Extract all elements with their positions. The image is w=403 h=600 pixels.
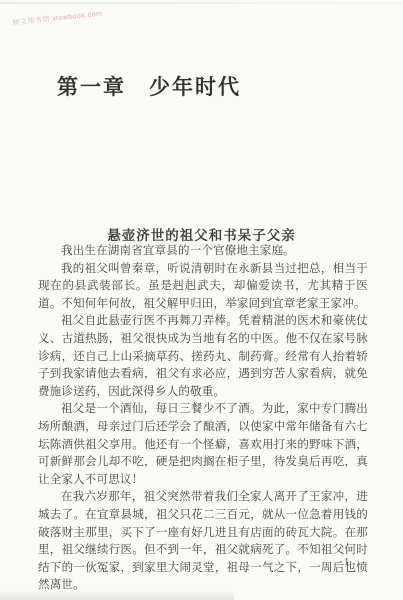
- chapter-title: 第一章 少年时代: [57, 71, 241, 101]
- page-number: 1: [344, 557, 349, 568]
- paragraph: 祖父自此悬壶行医不再舞刀弄棒。凭着精湛的医术和豪侠仗义、古道热肠，祖父很快成为当…: [38, 313, 368, 401]
- watermark-text: 树文图书馆 xtswbook.com: [12, 9, 103, 28]
- scan-edge-top: [0, 2, 403, 4]
- paragraph: 在我六岁那年，祖父突然带着我们全家人离开了王家冲，进城去了。在宜章县城，祖父只花…: [38, 489, 368, 595]
- book-page: 树文图书馆 xtswbook.com 第一章 少年时代 悬壶济世的祖父和书呆子父…: [0, 0, 403, 600]
- paragraph: 祖父是一个酒仙，每日三餐少不了酒。为此，家中专门腾出场所酿酒，母亲过门后还学会了…: [38, 401, 368, 489]
- section-heading: 悬壶济世的祖父和书呆子父亲: [0, 224, 403, 244]
- scan-shadow-bottom: [0, 590, 234, 600]
- paragraph: 我出生在湖南省宜章县的一个官僚地主家庭。: [38, 243, 368, 261]
- body-text: 我出生在湖南省宜章县的一个官僚地主家庭。 我的祖父叫曾秦章，听说清朝时在永新县当…: [38, 243, 368, 595]
- paragraph: 我的祖父叫曾秦章，听说清朝时在永新县当过把总，相当于现在的县武装部长。虽是赳赳武…: [38, 261, 368, 314]
